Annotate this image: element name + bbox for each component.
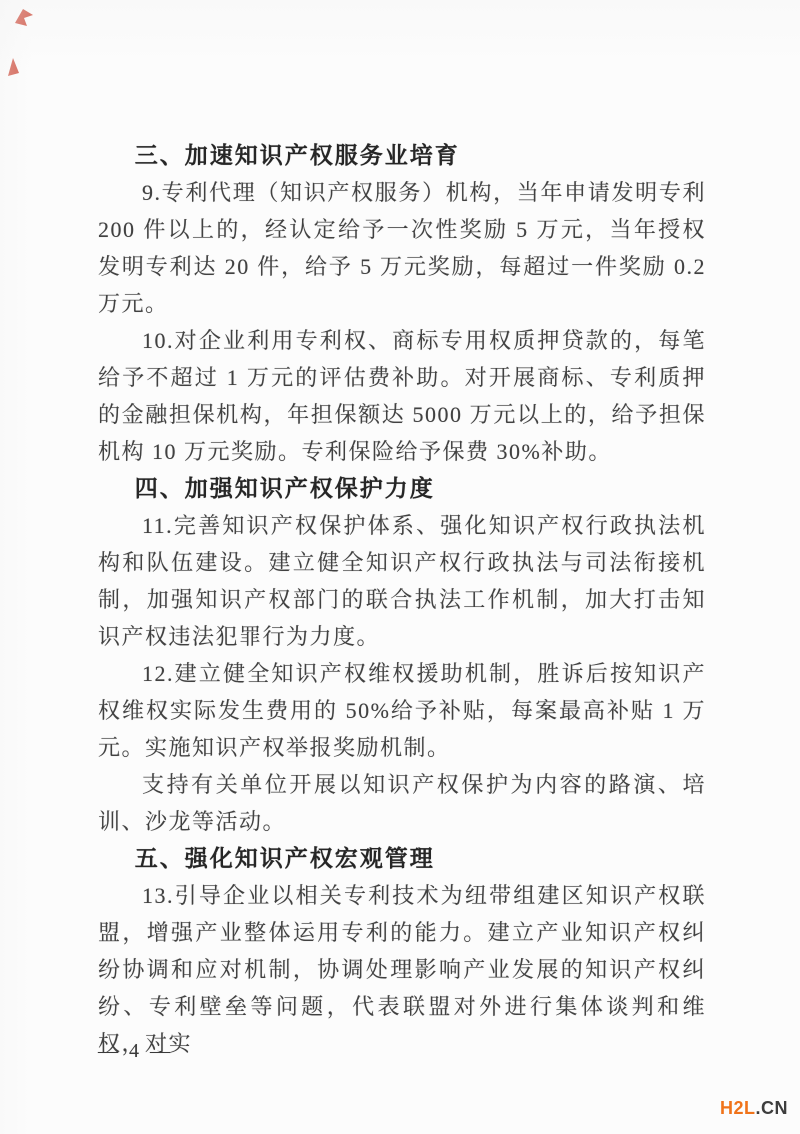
section-heading: 五、强化知识产权宏观管理: [98, 840, 706, 877]
red-pen-mark-icon: [12, 6, 36, 30]
body-paragraph: 支持有关单位开展以知识产权保护为内容的路演、培训、沙龙等活动。: [98, 766, 706, 840]
document-body: 三、加速知识产权服务业培育9.专利代理（知识产权服务）机构，当年申请发明专利 2…: [98, 137, 706, 1062]
body-paragraph: 9.专利代理（知识产权服务）机构，当年申请发明专利 200 件以上的，经认定给予…: [98, 174, 706, 322]
body-paragraph: 10.对企业利用专利权、商标专用权质押贷款的，每笔给予不超过 1 万元的评估费补…: [98, 322, 706, 470]
watermark: H2L.CN: [720, 1098, 788, 1119]
section-heading: 三、加速知识产权服务业培育: [98, 137, 706, 174]
watermark-brand: H2L: [720, 1098, 756, 1118]
section-heading: 四、加强知识产权保护力度: [98, 470, 706, 507]
red-pen-mark-icon: [5, 55, 22, 79]
watermark-tld: .CN: [756, 1098, 789, 1118]
body-paragraph: 11.完善知识产权保护体系、强化知识产权行政执法机构和队伍建设。建立健全知识产权…: [98, 507, 706, 655]
body-paragraph: 12.建立健全知识产权维权援助机制，胜诉后按知识产权维权实际发生费用的 50%给…: [98, 655, 706, 766]
page-number: — 4 —: [98, 1040, 173, 1063]
scanned-document-page: 三、加速知识产权服务业培育9.专利代理（知识产权服务）机构，当年申请发明专利 2…: [0, 0, 800, 1134]
body-paragraph: 13.引导企业以相关专利技术为纽带组建区知识产权联盟，增强产业整体运用专利的能力…: [98, 877, 706, 1062]
